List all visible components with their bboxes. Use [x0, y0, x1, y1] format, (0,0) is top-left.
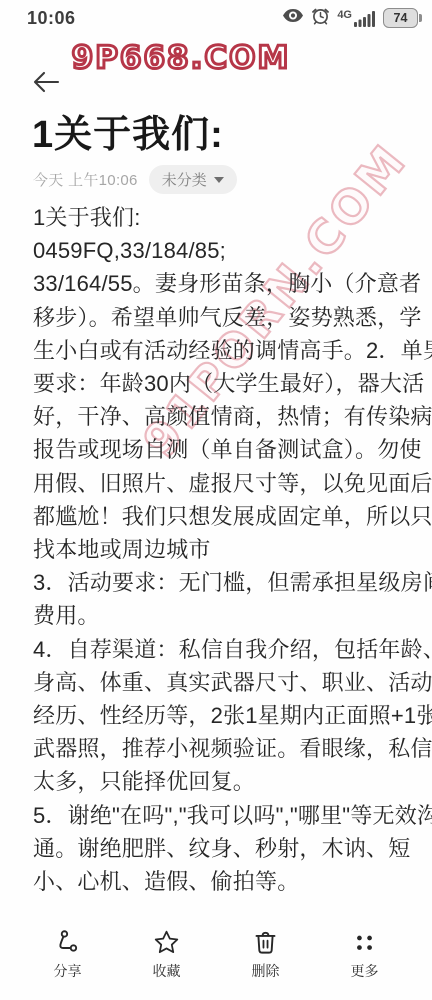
chevron-down-icon: [214, 177, 224, 183]
alarm-icon: [311, 6, 330, 30]
note-body[interactable]: 1关于我们:0459FQ,33/184/85;33/164/55。妻身形苗条，胸…: [33, 201, 424, 898]
note-line: 太多，只能择优回复。: [33, 765, 424, 798]
eye-comfort-icon: [282, 8, 304, 28]
bottom-toolbar: 分享 收藏 删除: [0, 918, 432, 1000]
clock-time: 10:06: [27, 8, 76, 29]
note-line: 4．自荐渠道：私信自我介绍，包括年龄、: [33, 633, 424, 666]
battery-percent: 74: [394, 11, 408, 25]
note-line: 报告或现场自测（单自备测试盒）。勿使: [33, 433, 424, 466]
arrow-left-icon: [30, 69, 62, 100]
note-line: 通。谢绝肥胖、纹身、秒射，木讷、短: [33, 832, 424, 865]
network-type-label: 4G: [337, 10, 352, 21]
more-icon: [351, 929, 378, 956]
trash-icon: [252, 929, 279, 956]
delete-button[interactable]: 删除: [231, 929, 301, 981]
note-line: 小、心机、造假、偷拍等。: [33, 865, 424, 898]
note-line: 要求：年龄30内（大学生最好），器大活: [33, 367, 424, 400]
note-line: 1关于我们:: [33, 201, 424, 234]
favorite-button[interactable]: 收藏: [132, 929, 202, 981]
notes-app-screen: 10:06 4G: [0, 0, 432, 1000]
favorite-label: 收藏: [153, 961, 181, 981]
note-line: 生小白或有活动经验的调情高手。2．单男: [33, 334, 424, 367]
share-button[interactable]: 分享: [33, 929, 103, 981]
note-line: 好，干净、高颜值情商，热情；有传染病: [33, 400, 424, 433]
note-line: 武器照，推荐小视频验证。看眼缘，私信: [33, 732, 424, 765]
note-timestamp: 今天 上午10:06: [33, 169, 138, 190]
note-line: 5．谢绝"在吗","我可以吗","哪里"等无效沟: [33, 799, 424, 832]
battery-icon: 74: [383, 8, 422, 28]
note-line: 0459FQ,33/184/85;: [33, 234, 424, 267]
note-line: 3．活动要求：无门槛，但需承担星级房间: [33, 566, 424, 599]
delete-label: 删除: [252, 961, 280, 981]
status-icons: 4G 74: [282, 6, 422, 30]
share-icon: [54, 929, 81, 956]
note-line: 用假、旧照片、虚报尺寸等，以免见面后: [33, 467, 424, 500]
note-line: 找本地或周边城市: [33, 533, 424, 566]
share-label: 分享: [54, 961, 82, 981]
category-label: 未分类: [162, 169, 207, 190]
category-selector[interactable]: 未分类: [149, 165, 237, 194]
note-line: 经历、性经历等，2张1星期内正面照+1张: [33, 699, 424, 732]
note-title: 1关于我们:: [32, 103, 412, 158]
note-meta: 今天 上午10:06 未分类: [33, 165, 237, 194]
back-button[interactable]: [26, 66, 66, 102]
note-line: 费用。: [33, 599, 424, 632]
note-line: 33/164/55。妻身形苗条，胸小（介意者: [33, 267, 424, 300]
signal-bars-icon: 4G: [337, 10, 376, 27]
more-label: 更多: [351, 961, 379, 981]
star-icon: [153, 929, 180, 956]
more-button[interactable]: 更多: [330, 929, 400, 981]
note-line: 都尴尬！我们只想发展成固定单，所以只: [33, 500, 424, 533]
note-line: 移步）。希望单帅气反差，姿势熟悉，学: [33, 301, 424, 334]
status-bar: 10:06 4G: [0, 0, 432, 36]
note-line: 身高、体重、真实武器尺寸、职业、活动: [33, 666, 424, 699]
